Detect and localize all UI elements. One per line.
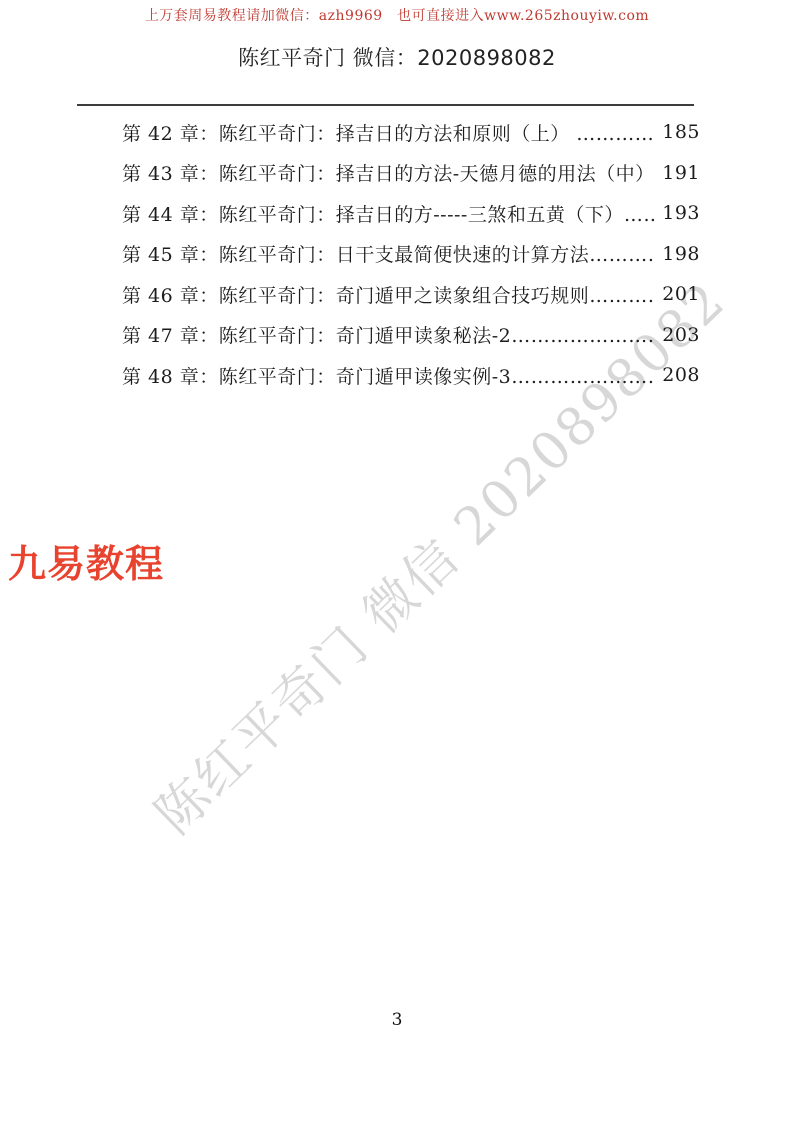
toc-page-number: 208 xyxy=(656,364,700,386)
toc-entry-text: 第 45 章：陈红平奇门：日干支最简便快速的计算方法………… xyxy=(122,240,656,267)
promo-banner-text: 上万套周易教程请加微信：azh9969 也可直接进入www.265zhouyiw… xyxy=(0,7,794,25)
toc-page-number: 191 xyxy=(656,162,700,184)
toc-entry-text: 第 44 章：陈红平奇门：择吉日的方-----三煞和五黄（下）…… xyxy=(122,200,656,227)
toc-page-number: 201 xyxy=(656,283,700,305)
toc-entry-text: 第 48 章：陈红平奇门：奇门遁甲读像实例-3…………………………… xyxy=(122,362,656,389)
page-number: 3 xyxy=(0,1010,794,1030)
toc-entry-text: 第 43 章：陈红平奇门：择吉日的方法-天德月德的用法（中）…… xyxy=(122,159,656,186)
divider-line xyxy=(77,104,694,106)
toc-page-number: 185 xyxy=(656,121,700,143)
toc-entry-text: 第 42 章：陈红平奇门：择吉日的方法和原则（上） …………… xyxy=(122,119,656,146)
toc-entry: 第 48 章：陈红平奇门：奇门遁甲读像实例-3…………………………… 208 xyxy=(122,355,700,396)
jiuyi-jiaocheng-logo: 九易教程 xyxy=(8,541,164,587)
toc-entry: 第 44 章：陈红平奇门：择吉日的方-----三煞和五黄（下）…… 193 xyxy=(122,193,700,234)
document-page: 上万套周易教程请加微信：azh9969 也可直接进入www.265zhouyiw… xyxy=(0,0,794,1123)
toc-entry: 第 45 章：陈红平奇门：日干支最简便快速的计算方法………… 198 xyxy=(122,234,700,275)
table-of-contents: 第 42 章：陈红平奇门：择吉日的方法和原则（上） …………… 185 第 43… xyxy=(122,112,700,396)
toc-entry: 第 43 章：陈红平奇门：择吉日的方法-天德月德的用法（中）…… 191 xyxy=(122,153,700,194)
toc-page-number: 203 xyxy=(656,324,700,346)
toc-entry-text: 第 47 章：陈红平奇门：奇门遁甲读象秘法-2…………………………… xyxy=(122,321,656,348)
toc-entry-text: 第 46 章：陈红平奇门：奇门遁甲之读象组合技巧规则……………… xyxy=(122,281,656,308)
toc-page-number: 198 xyxy=(656,243,700,265)
toc-entry: 第 46 章：陈红平奇门：奇门遁甲之读象组合技巧规则……………… 201 xyxy=(122,274,700,315)
toc-entry: 第 42 章：陈红平奇门：择吉日的方法和原则（上） …………… 185 xyxy=(122,112,700,153)
page-heading: 陈红平奇门 微信：2020898082 xyxy=(0,44,794,72)
toc-entry: 第 47 章：陈红平奇门：奇门遁甲读象秘法-2…………………………… 203 xyxy=(122,315,700,356)
toc-page-number: 193 xyxy=(656,202,700,224)
